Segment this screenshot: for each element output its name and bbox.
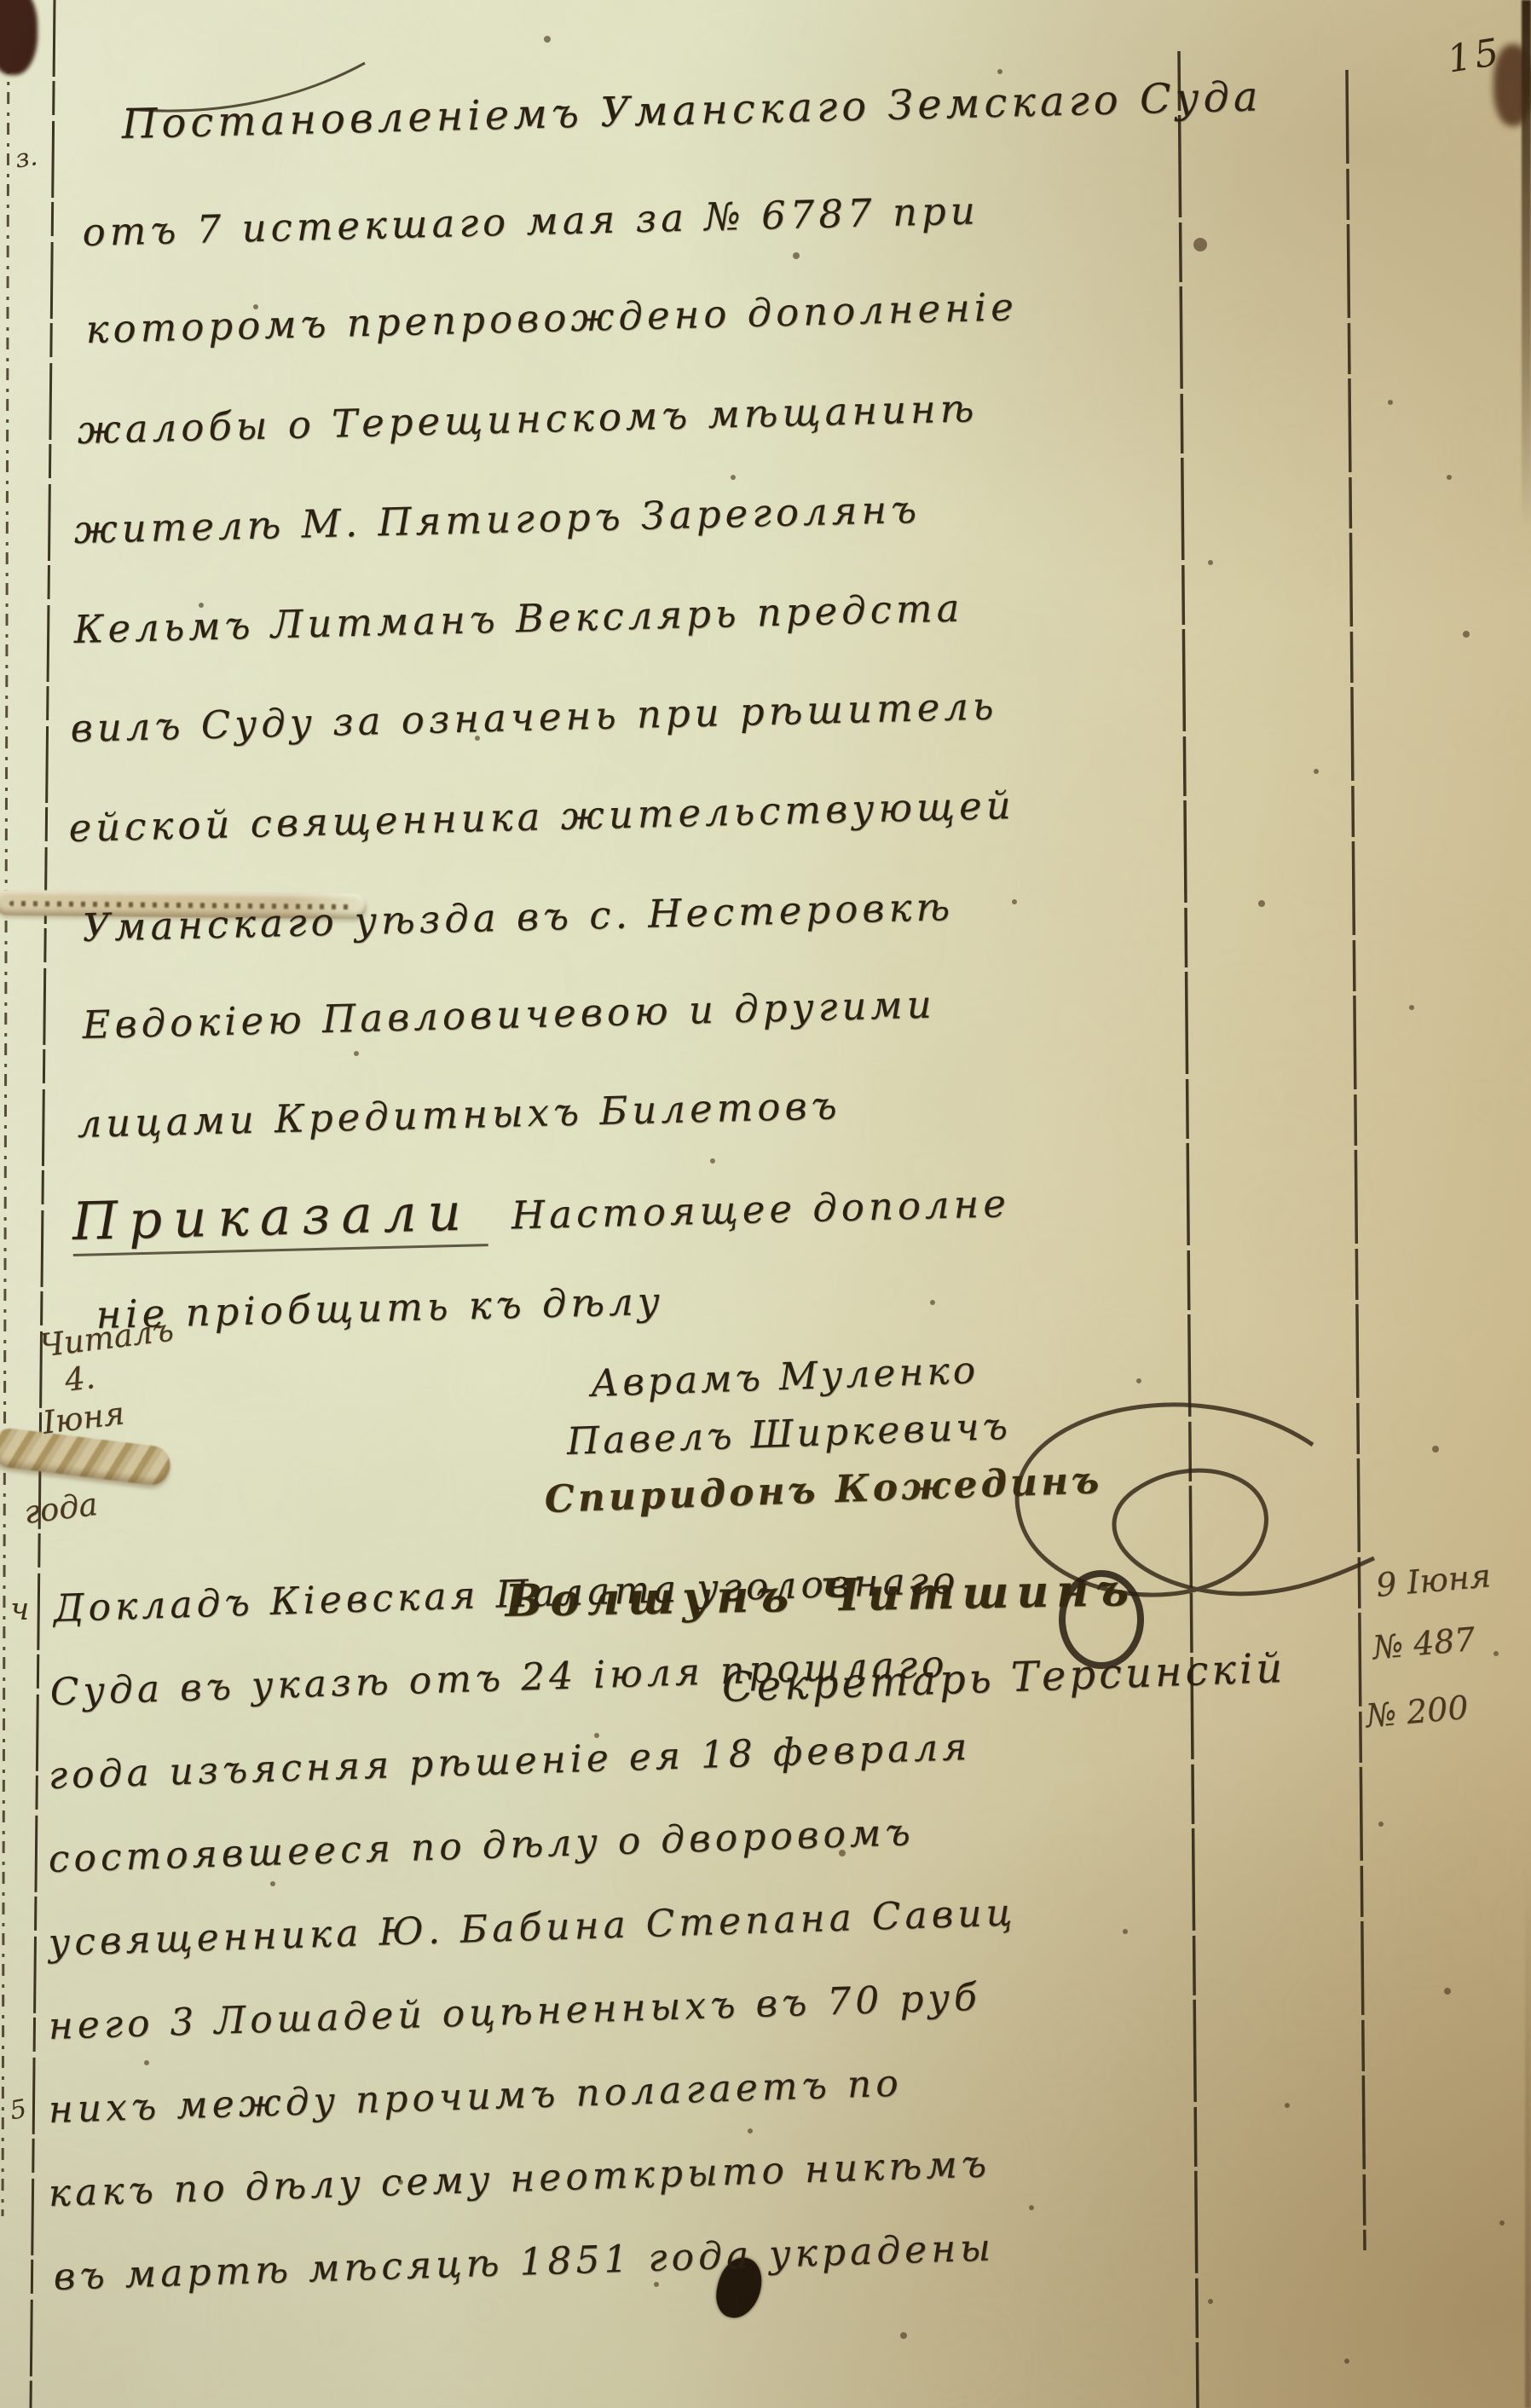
right-edge-shadow-lower — [1525, 1875, 1531, 2408]
margin-ref1: № 487 — [1371, 1620, 1476, 1666]
text-line: въ мартѣ мѣсяцѣ 1851 года украдены — [53, 2226, 996, 2299]
text-line: него 3 Лошадей оцѣненныхъ въ 70 руб — [48, 1976, 982, 2048]
text-line: которомъ препровождено дополненіе — [85, 284, 1018, 352]
margin-mark-lower: 5 — [8, 2094, 29, 2127]
margin-date: 9 Іюня — [1374, 1556, 1492, 1604]
text-line: Кельмъ Литманъ Векслярь предста — [73, 585, 964, 651]
margin-mark-entry1: з. — [14, 141, 40, 174]
text-line: Евдокіею Павловичевою и другими — [82, 982, 936, 1048]
margin-note-line4: года — [22, 1486, 100, 1531]
signature: Павелъ Ширкевичъ — [566, 1405, 1012, 1464]
text-line: жалобы о Терещинскомъ мѣщанинѣ — [77, 385, 979, 453]
text-line: вилъ Суду за означень при рѣшитель — [70, 683, 998, 751]
text-line: какъ по дѣлу сему неоткрыто никѣмъ — [48, 2142, 991, 2215]
text-line: нихъ между прочимъ полагаетъ по — [48, 2062, 903, 2132]
resolution-keyword: Приказали — [72, 1181, 488, 1256]
margin-note-line3: Іюня — [41, 1395, 127, 1441]
text-line: лицами Кредитныхъ Билетовъ — [77, 1083, 841, 1146]
text-line: Уманскаго уѣзда въ с. Нестеровкѣ — [82, 884, 955, 950]
signature: Спиридонъ Кожединъ — [544, 1458, 1103, 1522]
right-inner-rule — [1179, 51, 1198, 2408]
text-line: ніе пріобщить къ дѣлу — [95, 1279, 664, 1337]
manuscript-page: 15 з. Читалъ 4. Іюня года ч 5 9 Іюня № 4… — [0, 0, 1531, 2408]
margin-note-line2: 4. — [63, 1359, 97, 1399]
text-line: усвященника Ю. Бабина Степана Савиц — [48, 1891, 1017, 1965]
right-outer-rule — [1347, 70, 1365, 2250]
corner-stain — [0, 0, 38, 75]
text-line: отъ 7 истекшаго мая за № 6787 при — [82, 188, 979, 255]
text-line: ейской священника жительствующей — [68, 782, 1015, 851]
text-line: Постановленіемъ Уманскаго Земскаго Суда — [121, 72, 1262, 148]
signature: Аврамъ Муленко — [590, 1348, 979, 1406]
text-line: жителѣ М. Пятигоръ Зареголянъ — [73, 487, 921, 552]
text-line-resolution: ПриказалиНастоящее дополне — [72, 1169, 1011, 1252]
margin-ref2: № 200 — [1364, 1689, 1470, 1735]
left-outer-rule — [3, 0, 9, 2216]
text-line: года изъясняя рѣшеніе ея 18 февраля — [48, 1725, 972, 1798]
margin-mark-entry2: ч — [10, 1592, 29, 1627]
text-line: состоявшееся по дѣлу о дворовомъ — [48, 1810, 915, 1881]
resolution-text: Настоящее дополне — [511, 1181, 1010, 1238]
right-edge-shadow — [1522, 0, 1531, 528]
page-number: 15 — [1444, 30, 1505, 81]
